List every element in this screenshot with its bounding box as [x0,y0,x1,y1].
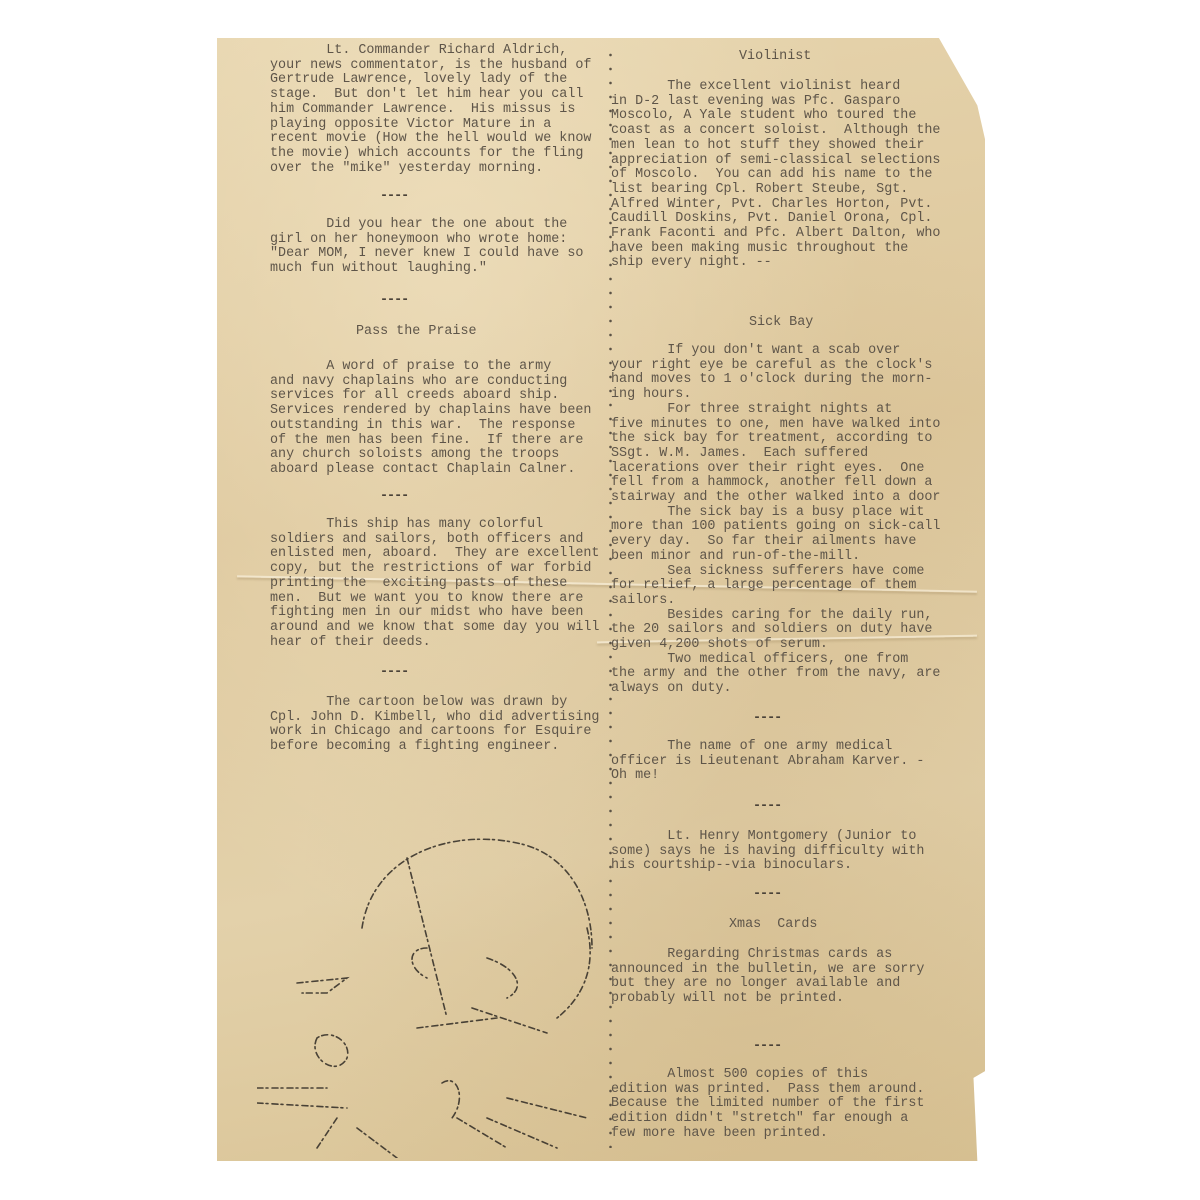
separator: ---- [753,800,781,815]
section-heading-pass-the-praise: Pass the Praise [356,325,477,340]
colorful-soldiers-article: This ship has many colorful soldiers and… [270,518,599,650]
separator: ---- [380,490,408,505]
section-heading-xmas-cards: Xmas Cards [729,918,817,933]
right-column: Violinist The excellent violinist heard … [611,44,643,265]
cartoon-sketch-image [257,818,617,1158]
aldrich-article: Lt. Commander Richard Aldrich, your news… [270,44,591,176]
section-heading-violinist: Violinist [739,50,811,65]
separator: ---- [753,888,781,903]
separator: ---- [380,666,408,681]
separator: ---- [753,712,781,727]
sick-bay-article: If you don't want a scab over your right… [611,344,940,697]
violinist-article: The excellent violinist heard in D-2 las… [611,80,940,271]
left-column: Lt. Commander Richard Aldrich, your news… [270,44,302,220]
newsletter-page: Lt. Commander Richard Aldrich, your news… [217,38,985,1161]
separator: ---- [380,190,408,205]
copies-printed-item: Almost 500 copies of this edition was pr… [611,1068,924,1142]
xmas-cards-article: Regarding Christmas cards as announced i… [611,948,924,1007]
separator: ---- [753,1040,781,1055]
montgomery-item: Lt. Henry Montgomery (Junior to some) sa… [611,830,924,874]
section-heading-sick-bay: Sick Bay [749,316,813,331]
karver-item: The name of one army medical officer is … [611,740,924,784]
praise-article: A word of praise to the army and navy ch… [270,360,591,478]
separator: ---- [380,294,408,309]
cartoon-caption: The cartoon below was drawn by Cpl. John… [270,696,599,755]
honeymoon-joke: Did you hear the one about the girl on h… [270,218,583,277]
